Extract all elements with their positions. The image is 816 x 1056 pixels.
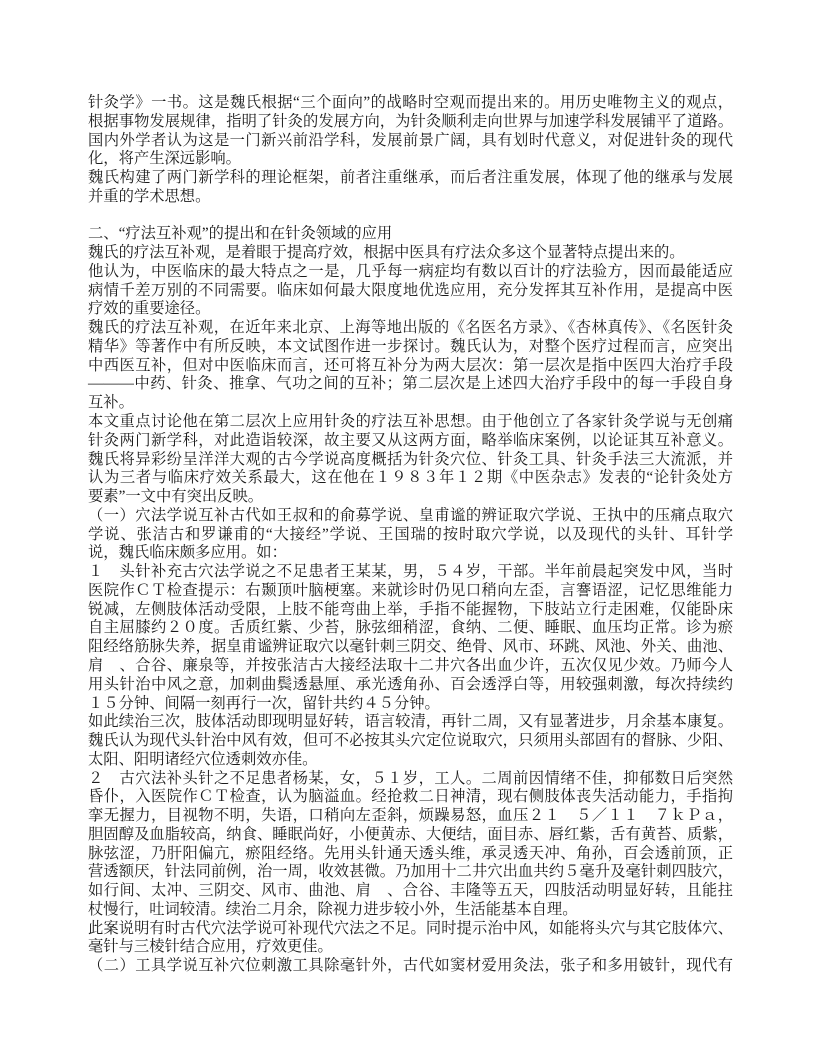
text-line: 针灸学》一书。这是魏氏根据“三个面向”的战略时空观而提出来的。用历史唯物主义的观… [88, 94, 733, 113]
text-line: 魏氏的疗法互补观，在近年来北京、上海等地出版的《名医名方录》、《杏林真传》、《名… [88, 319, 733, 338]
document-page: 针灸学》一书。这是魏氏根据“三个面向”的战略时空观而提出来的。用历史唯物主义的观… [0, 0, 816, 1056]
text-line: 此案说明有时古代穴法学说可补现代穴法之不足。同时提示治中风，如能将头穴与其它肢体… [88, 920, 733, 939]
text-line: 杖慢行，吐词较清。续治二月余，除视力进步较小外，生活能基本自理。 [88, 901, 733, 920]
text-line: 互补。 [88, 394, 733, 413]
section-heading: 二、“疗法互补观”的提出和在针灸领域的应用 [88, 225, 733, 244]
text-line: （二）工具学说互补穴位刺激工具除毫针外，古代如窦材爱用灸法，张子和多用铍针，现代… [88, 957, 733, 976]
text-line: 挛无握力，目视物不明，失语，口稍向左歪斜，烦躁易怒，血压２１ ５／１１ ７ｋＰａ… [88, 807, 733, 826]
text-lines: 针灸学》一书。这是魏氏根据“三个面向”的战略时空观而提出来的。用历史唯物主义的观… [88, 94, 733, 976]
text-line: ２ 古穴法补头针之不足患者杨某，女，５１岁，工人。二周前因情绪不佳，抑郁数日后突… [88, 770, 733, 789]
text-line: 医院作ＣＴ检查提示：右颞顶叶脑梗塞。来就诊时仍见口稍向左歪，言謇语涩，记忆思维能… [88, 582, 733, 601]
text-line: 要素”一文中有突出反映。 [88, 488, 733, 507]
text-line: 昏仆，入医院作ＣＴ检查，认为脑溢血。经抢救二日神清，现右侧肢体丧失活动能力，手指… [88, 788, 733, 807]
text-line: 根据事物发展规律，指明了针灸的发展方向，为针灸顺利走向世界与加速学科发展铺平了道… [88, 113, 733, 132]
text-line: 病情千差万别的不同需要。临床如何最大限度地优选应用，充分发挥其互补作用，是提高中… [88, 282, 733, 301]
text-line: 学说、张洁古和罗谦甫的“大接经”学说、王国瑞的按时取穴学说，以及现代的头针、耳针… [88, 526, 733, 545]
text-line: 如行间、太冲、三阴交、风市、曲池、肩 、合谷、丰隆等五天，四肢活动明显好转，且能… [88, 882, 733, 901]
text-line: 魏氏的疗法互补观，是着眼于提高疗效，根据中医具有疗法众多这个显著特点提出来的。 [88, 244, 733, 263]
text-line: 用头针治中风之意，加刺曲鬓透悬厘、承光透角孙、百会透浮白等，用较强刺激，每次持续… [88, 676, 733, 695]
text-line: ———中药、针灸、推拿、气功之间的互补；第二层次是上述四大治疗手段中的每一手段自… [88, 375, 733, 394]
text-line: 脉弦涩，乃肝阳偏亢，瘀阻经络。先用头针通天透头维，承灵透天冲、角孙，百会透前顶，… [88, 845, 733, 864]
text-line: 魏氏认为现代头针治中风有效，但可不必按其头穴定位说取穴，只须用头部固有的督脉、少… [88, 732, 733, 751]
text-line: 肩 、合谷、廉泉等，并按张洁古大接经法取十二井穴各出血少许，五次仅见少效。乃师今… [88, 657, 733, 676]
text-line: 国内外学者认为这是一门新兴前沿学科，发展前景广阔，具有划时代意义，对促进针灸的现… [88, 132, 733, 151]
text-line: 中西医互补，但对中医临床而言，还可将互补分为两大层次：第一层次是指中医四大治疗手… [88, 357, 733, 376]
text-line: 说，魏氏临床颇多应用。如： [88, 544, 733, 563]
text-line: （一）穴法学说互补古代如王叔和的俞募学说、皇甫谧的辨证取穴学说、王执中的压痛点取… [88, 507, 733, 526]
text-line: 魏氏将异彩纷呈洋洋大观的古今学说高度概括为针灸穴位、针灸工具、针灸手法三大流派，… [88, 451, 733, 470]
text-line: 本文重点讨论他在第二层次上应用针灸的疗法互补思想。由于他创立了各家针灸学说与无创… [88, 413, 733, 432]
text-line: 精华》等著作中有所反映，本文试图作进一步探讨。魏氏认为，对整个医疗过程而言，应突… [88, 338, 733, 357]
text-line: 并重的学术思想。 [88, 188, 733, 207]
text-line: 营透额厌，针法同前例，治一周，收效甚微。乃加用十二井穴出血共约５毫升及毫针刺四肢… [88, 863, 733, 882]
text-line: 针灸两门新学科，对此造诣较深，故主要又从这两方面，略举临床案例，以论证其互补意义… [88, 432, 733, 451]
text-line: 阻经络筋脉失养，据皇甫谧辨证取穴以毫针刺三阴交、绝骨、风市、环跳、风池、外关、曲… [88, 638, 733, 657]
text-line: 如此续治三次，肢体活动即现明显好转，语言较清，再针二周，又有显著进步，月余基本康… [88, 713, 733, 732]
text-line: 毫针与三棱针结合应用，疗效更佳。 [88, 938, 733, 957]
text-line: 自主屈膝约２０度。舌质红紫、少苔，脉弦细稍涩，食纳、二便、睡眠、血压均正常。诊为… [88, 619, 733, 638]
text-line: 魏氏构建了两门新学科的理论框架，前者注重继承，而后者注重发展，体现了他的继承与发… [88, 169, 733, 188]
text-line: １ 头针补充古穴法学说之不足患者王某某，男，５４岁，干部。半年前晨起突发中风，当… [88, 563, 733, 582]
text-line: １５分钟、间隔一刻再行一次，留针共约４５分钟。 [88, 695, 733, 714]
text-line: 疗效的重要途径。 [88, 300, 733, 319]
text-line: 胆固醇及血脂较高，纳食、睡眠尚好，小便黄赤、大便结，面目赤、唇红紫，舌有黄苔、质… [88, 826, 733, 845]
blank-line [88, 207, 733, 226]
text-line: 锐减，左侧肢体活动受限，上肢不能弯曲上举，手指不能握物，下肢站立行走困难，仅能卧… [88, 601, 733, 620]
text-line: 他认为，中医临床的最大特点之一是，几乎每一病症均有数以百计的疗法验方，因而最能适… [88, 263, 733, 282]
text-line: 太阳、阳明诸经穴位透刺效亦佳。 [88, 751, 733, 770]
text-line: 化，将产生深远影响。 [88, 150, 733, 169]
text-line: 认为三者与临床疗效关系最大，这在他在１９８３年１２期《中医杂志》发表的“论针灸处… [88, 469, 733, 488]
